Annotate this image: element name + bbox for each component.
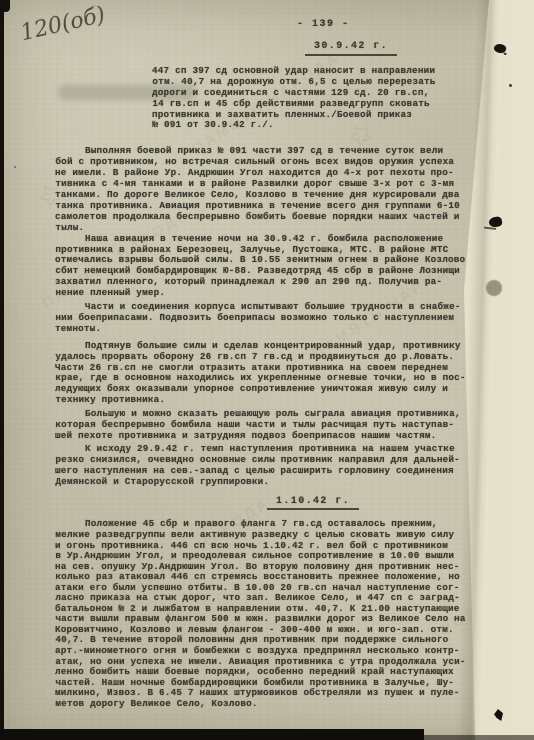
page-number: - 139 - [297, 19, 350, 30]
text-line: резко снизился, очевидно основные силы п… [55, 455, 469, 466]
scan-border-bottom-right [420, 735, 534, 740]
text-line: противника в районах Березовец, Залучье,… [55, 245, 469, 256]
date-heading: 30.9.42 г. [305, 42, 397, 56]
text-line: 40,7. В течение второй половины дня прот… [55, 635, 469, 646]
ink-speck [509, 84, 512, 87]
text-line: технику противника. [55, 395, 469, 406]
text-line: метов дорогу Великое Село, Козлово. [55, 699, 469, 710]
text-line: бой с противником, но встречая сильный о… [55, 157, 469, 168]
paragraph: Подтянув большие силы и сделав концентри… [55, 341, 469, 406]
text-line: атак, но они успеха не имели. Авиация пр… [55, 657, 469, 668]
text-line: танка противника. Авиация противника в т… [55, 201, 469, 212]
round-stain [486, 280, 502, 296]
text-line: в Ур.Андрюшин Угол, и преодолевая сильно… [55, 551, 469, 562]
document-page: ПАМЯТЬ НАРОДА ПАМЯТЬ НАРОДА ПАМЯТЬ НАРОД… [0, 0, 534, 740]
text-line: темноты. [55, 324, 469, 335]
text-line: 14 гв.сп и 45 сбр действиями разведгрупп… [152, 99, 469, 110]
paragraph: Большую и можно сказать решающую роль сы… [55, 409, 469, 442]
text-line: № 091 от 30.9.42 г./. [152, 120, 469, 131]
text-line: мелкие разведгруппы вели активную развед… [55, 530, 469, 541]
text-line: удалось прорвать оборону 26 гв.сп 7 гв.с… [55, 352, 469, 363]
ink-speck [14, 166, 16, 168]
scan-border-corner [0, 0, 10, 12]
paragraph: Наша авиация в течение ночи на 30.9.42 г… [55, 234, 469, 299]
text-line: нии боеприпасами. Подвозить боеприпасы в… [55, 313, 469, 324]
paragraph: 447 сп 397 сд основной удар наносит в на… [152, 66, 469, 131]
paragraph: К исходу 29.9.42 г. темп наступления про… [55, 444, 469, 488]
text-line: отм. 40,7 на дорожную отм. 6,5 с целью п… [152, 77, 469, 88]
text-column: 30.9.42 г.447 сп 397 сд основной удар на… [55, 42, 469, 709]
paragraph: Положение 45 сбр и правого фланга 7 гв.с… [55, 519, 469, 709]
text-line: части вышли правым флангом 500 м южн. ра… [55, 614, 469, 625]
text-line: тивника с 4-мя танками и в районе Развил… [55, 179, 469, 190]
date-heading: 1.10.42 г. [267, 497, 359, 511]
paragraph: Выполняя боевой приказ № 091 части 397 с… [55, 146, 469, 233]
scan-border-bottom [0, 729, 424, 740]
text-line: шей пехоте противника и затрудняя подвоз… [55, 431, 469, 442]
scan-border-left [0, 0, 4, 740]
text-line: колько раз атаковал 446 сп стремясь восс… [55, 572, 469, 583]
text-line: тылы. [55, 223, 469, 234]
paragraph: Части и соединения корпуса испытывают бо… [55, 302, 469, 335]
text-line: нение пленный умер. [55, 288, 469, 299]
text-line: крае, где в основном находились их укреп… [55, 373, 469, 384]
handwritten-sheet-number: 120(об) [18, 3, 107, 47]
text-line: самолетов продолжала беспрерывно бомбить… [55, 212, 469, 223]
text-line: которая беспрерывно бомбила наши части и… [55, 420, 469, 431]
text-line: сбит немецкий бомбардировщик Ю-88. Разве… [55, 266, 469, 277]
text-line: ласно приказа на стык дорог, что зап. Ве… [55, 593, 469, 604]
text-line: частей. Наши ночные бомбардировщики бомб… [55, 678, 469, 689]
text-line: Демянской и Старорусской группировки. [55, 477, 469, 488]
